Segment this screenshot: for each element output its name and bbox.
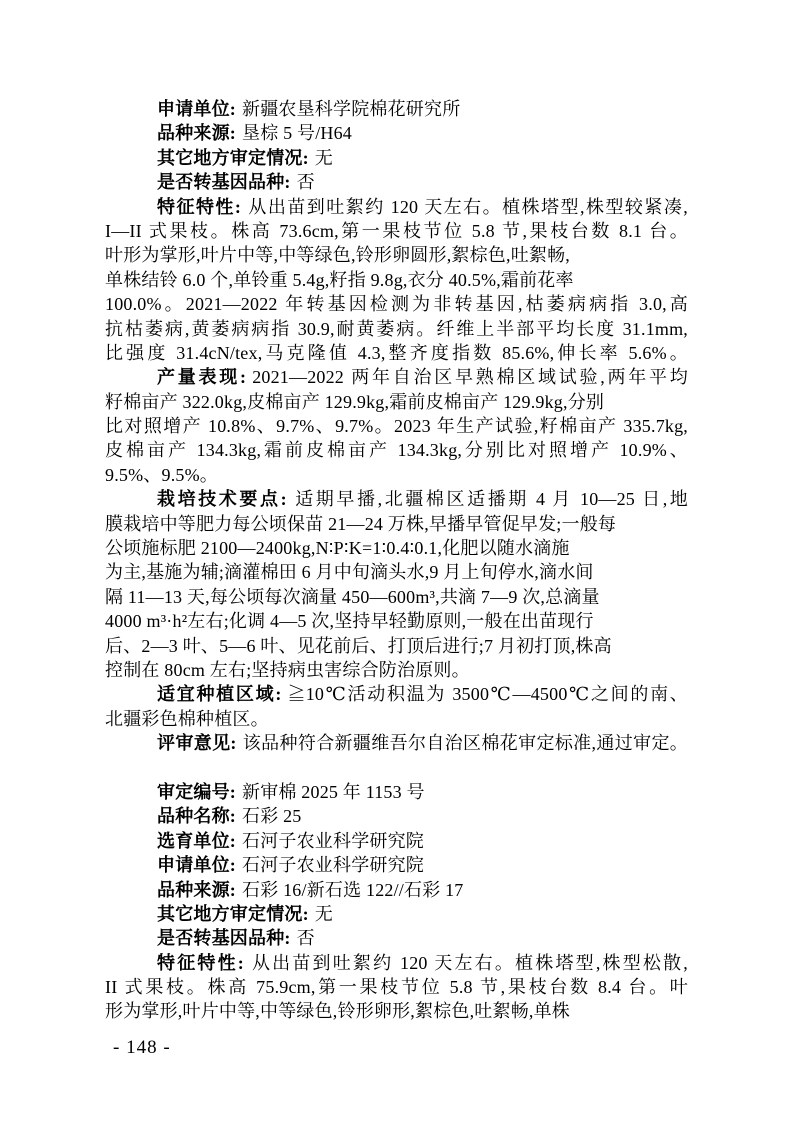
line-text: 从出苗到吐絮约 120 天左右。植株塔型,株型松散, bbox=[250, 953, 688, 973]
doc-entry: 申请单位:新疆农垦科学院棉花研究所品种来源:垦棕 5 号/H64其它地方审定情况… bbox=[105, 97, 688, 756]
doc-line: 其它地方审定情况:无 bbox=[105, 146, 688, 170]
doc-line: 形为掌形,叶片中等,中等绿色,铃形卵形,絮棕色,吐絮畅,单株 bbox=[105, 999, 688, 1023]
line-text: 100.0%。2021—2022 年转基因检测为非转基因,枯萎病病指 3.0,高 bbox=[105, 294, 688, 314]
line-text: 垦棕 5 号/H64 bbox=[242, 123, 352, 143]
line-text: I—II 式果枝。株高 73.6cm,第一果枝节位 5.8 节,果枝台数 8.1… bbox=[105, 221, 688, 241]
line-text: 无 bbox=[315, 904, 333, 924]
page: 申请单位:新疆农垦科学院棉花研究所品种来源:垦棕 5 号/H64其它地方审定情况… bbox=[0, 0, 793, 1122]
doc-line: 适宜种植区域:≧10℃活动积温为 3500℃—4500℃之间的南、 bbox=[105, 682, 688, 706]
doc-line: 审定编号:新审棉 2025 年 1153 号 bbox=[105, 780, 688, 804]
line-text: 2021—2022 两年自治区早熟棉区域试验,两年平均 bbox=[252, 367, 688, 387]
field-label: 审定编号: bbox=[157, 782, 236, 802]
doc-line: 品种来源:石彩 16/新石选 122//石彩 17 bbox=[105, 878, 688, 902]
field-label: 产量表现: bbox=[157, 367, 246, 387]
doc-line: 是否转基因品种:否 bbox=[105, 170, 688, 194]
field-label: 适宜种植区域: bbox=[157, 684, 282, 704]
line-text: 否 bbox=[297, 928, 315, 948]
doc-line: 100.0%。2021—2022 年转基因检测为非转基因,枯萎病病指 3.0,高 bbox=[105, 292, 688, 316]
doc-line: I—II 式果枝。株高 73.6cm,第一果枝节位 5.8 节,果枝台数 8.1… bbox=[105, 219, 688, 243]
doc-line: 单株结铃 6.0 个,单铃重 5.4g,籽指 9.8g,衣分 40.5%,霜前花… bbox=[105, 268, 688, 292]
line-text: 比对照增产 10.8%、9.7%、9.7%。2023 年生产试验,籽棉亩产 33… bbox=[105, 416, 688, 436]
doc-line: 其它地方审定情况:无 bbox=[105, 902, 688, 926]
doc-line: 膜栽培中等肥力每公顷保苗 21—24 万株,早播早管促早发;一般每 bbox=[105, 512, 688, 536]
line-text: 形为掌形,叶片中等,中等绿色,铃形卵形,絮棕色,吐絮畅,单株 bbox=[105, 1001, 570, 1021]
line-text: 抗枯萎病,黄萎病病指 30.9,耐黄萎病。纤维上半部平均长度 31.1mm, bbox=[105, 319, 688, 339]
line-text: 新疆农垦科学院棉花研究所 bbox=[242, 99, 460, 119]
line-text: 膜栽培中等肥力每公顷保苗 21—24 万株,早播早管促早发;一般每 bbox=[105, 514, 616, 534]
line-text: 公顷施标肥 2100—2400kg,N∶P∶K=1∶0.4∶0.1,化肥以随水滴… bbox=[105, 538, 570, 558]
field-label: 品种来源: bbox=[157, 880, 236, 900]
line-text: 籽棉亩产 322.0kg,皮棉亩产 129.9kg,霜前皮棉亩产 129.9kg… bbox=[105, 392, 604, 412]
field-label: 品种名称: bbox=[157, 806, 236, 826]
doc-line: 叶形为掌形,叶片中等,中等绿色,铃形卵圆形,絮棕色,吐絮畅, bbox=[105, 243, 688, 267]
field-label: 申请单位: bbox=[157, 99, 236, 119]
line-text: 单株结铃 6.0 个,单铃重 5.4g,籽指 9.8g,衣分 40.5%,霜前花… bbox=[105, 270, 574, 290]
doc-line: 申请单位:石河子农业科学研究院 bbox=[105, 853, 688, 877]
line-text: 石河子农业科学研究院 bbox=[242, 831, 424, 851]
line-text: 北疆彩色棉种植区。 bbox=[105, 709, 269, 729]
line-text: 4000 m³·h²左右;化调 4—5 次,坚持早轻勤原则,一般在出苗现行 bbox=[105, 611, 594, 631]
doc-line: 评审意见:该品种符合新疆维吾尔自治区棉花审定标准,通过审定。 bbox=[105, 731, 688, 755]
doc-line: 品种来源:垦棕 5 号/H64 bbox=[105, 121, 688, 145]
doc-line: 9.5%、9.5%。 bbox=[105, 463, 688, 487]
line-text: 叶形为掌形,叶片中等,中等绿色,铃形卵圆形,絮棕色,吐絮畅, bbox=[105, 245, 570, 265]
line-text: 比强度 31.4cN/tex,马克隆值 4.3,整齐度指数 85.6%,伸长率 … bbox=[105, 343, 688, 363]
doc-line: 皮棉亩产 134.3kg,霜前皮棉亩产 134.3kg,分别比对照增产 10.9… bbox=[105, 438, 688, 462]
line-text: 9.5%、9.5%。 bbox=[105, 465, 218, 485]
doc-line: 申请单位:新疆农垦科学院棉花研究所 bbox=[105, 97, 688, 121]
field-label: 是否转基因品种: bbox=[157, 172, 291, 192]
doc-line: 栽培技术要点:适期早播,北疆棉区适播期 4 月 10—25 日,地 bbox=[105, 487, 688, 511]
line-text: 石彩 16/新石选 122//石彩 17 bbox=[242, 880, 464, 900]
line-text: 从出苗到吐絮约 120 天左右。植株塔型,株型较紧凑, bbox=[247, 197, 688, 217]
field-label: 栽培技术要点: bbox=[157, 489, 287, 509]
doc-line: 品种名称:石彩 25 bbox=[105, 804, 688, 828]
field-label: 是否转基因品种: bbox=[157, 928, 291, 948]
doc-line: 隔 11—13 天,每公顷每次滴量 450—600m³,共滴 7—9 次,总滴量 bbox=[105, 585, 688, 609]
doc-content: 申请单位:新疆农垦科学院棉花研究所品种来源:垦棕 5 号/H64其它地方审定情况… bbox=[105, 97, 688, 1024]
line-text: 石彩 25 bbox=[242, 806, 302, 826]
doc-line: 比强度 31.4cN/tex,马克隆值 4.3,整齐度指数 85.6%,伸长率 … bbox=[105, 341, 688, 365]
doc-line: 4000 m³·h²左右;化调 4—5 次,坚持早轻勤原则,一般在出苗现行 bbox=[105, 609, 688, 633]
doc-line: 公顷施标肥 2100—2400kg,N∶P∶K=1∶0.4∶0.1,化肥以随水滴… bbox=[105, 536, 688, 560]
line-text: 后、2—3 叶、5—6 叶、见花前后、打顶后进行;7 月初打顶,株高 bbox=[105, 636, 612, 656]
line-text: 隔 11—13 天,每公顷每次滴量 450—600m³,共滴 7—9 次,总滴量 bbox=[105, 587, 600, 607]
doc-line: 产量表现:2021—2022 两年自治区早熟棉区域试验,两年平均 bbox=[105, 365, 688, 389]
doc-line: 比对照增产 10.8%、9.7%、9.7%。2023 年生产试验,籽棉亩产 33… bbox=[105, 414, 688, 438]
doc-entry: 审定编号:新审棉 2025 年 1153 号品种名称:石彩 25选育单位:石河子… bbox=[105, 780, 688, 1024]
field-label: 品种来源: bbox=[157, 123, 236, 143]
field-label: 特征特性: bbox=[157, 197, 241, 217]
line-text: 适期早播,北疆棉区适播期 4 月 10—25 日,地 bbox=[293, 489, 688, 509]
line-text: 否 bbox=[297, 172, 315, 192]
doc-line: 选育单位:石河子农业科学研究院 bbox=[105, 829, 688, 853]
line-text: II 式果枝。株高 75.9cm,第一果枝节位 5.8 节,果枝台数 8.4 台… bbox=[105, 977, 688, 997]
doc-line: 特征特性:从出苗到吐絮约 120 天左右。植株塔型,株型较紧凑, bbox=[105, 195, 688, 219]
doc-line: 为主,基施为辅;滴灌棉田 6 月中旬滴头水,9 月上旬停水,滴水间 bbox=[105, 560, 688, 584]
doc-line: 北疆彩色棉种植区。 bbox=[105, 707, 688, 731]
doc-line: 控制在 80cm 左右;坚持病虫害综合防治原则。 bbox=[105, 658, 688, 682]
line-text: 石河子农业科学研究院 bbox=[242, 855, 424, 875]
doc-line: 是否转基因品种:否 bbox=[105, 926, 688, 950]
field-label: 选育单位: bbox=[157, 831, 236, 851]
doc-line: 籽棉亩产 322.0kg,皮棉亩产 129.9kg,霜前皮棉亩产 129.9kg… bbox=[105, 390, 688, 414]
field-label: 申请单位: bbox=[157, 855, 236, 875]
line-text: 该品种符合新疆维吾尔自治区棉花审定标准,通过审定。 bbox=[243, 733, 688, 753]
line-text: 皮棉亩产 134.3kg,霜前皮棉亩产 134.3kg,分别比对照增产 10.9… bbox=[105, 440, 688, 460]
field-label: 评审意见: bbox=[157, 733, 237, 753]
field-label: 其它地方审定情况: bbox=[157, 904, 309, 924]
line-text: ≧10℃活动积温为 3500℃—4500℃之间的南、 bbox=[288, 684, 688, 704]
doc-line: 特征特性:从出苗到吐絮约 120 天左右。植株塔型,株型松散, bbox=[105, 951, 688, 975]
line-text: 为主,基施为辅;滴灌棉田 6 月中旬滴头水,9 月上旬停水,滴水间 bbox=[105, 562, 594, 582]
line-text: 控制在 80cm 左右;坚持病虫害综合防治原则。 bbox=[105, 660, 470, 680]
line-text: 无 bbox=[315, 148, 333, 168]
doc-line: II 式果枝。株高 75.9cm,第一果枝节位 5.8 节,果枝台数 8.4 台… bbox=[105, 975, 688, 999]
page-number: - 148 - bbox=[113, 1036, 171, 1060]
field-label: 其它地方审定情况: bbox=[157, 148, 309, 168]
doc-line: 后、2—3 叶、5—6 叶、见花前后、打顶后进行;7 月初打顶,株高 bbox=[105, 634, 688, 658]
field-label: 特征特性: bbox=[157, 953, 244, 973]
doc-line: 抗枯萎病,黄萎病病指 30.9,耐黄萎病。纤维上半部平均长度 31.1mm, bbox=[105, 317, 688, 341]
line-text: 新审棉 2025 年 1153 号 bbox=[242, 782, 425, 802]
